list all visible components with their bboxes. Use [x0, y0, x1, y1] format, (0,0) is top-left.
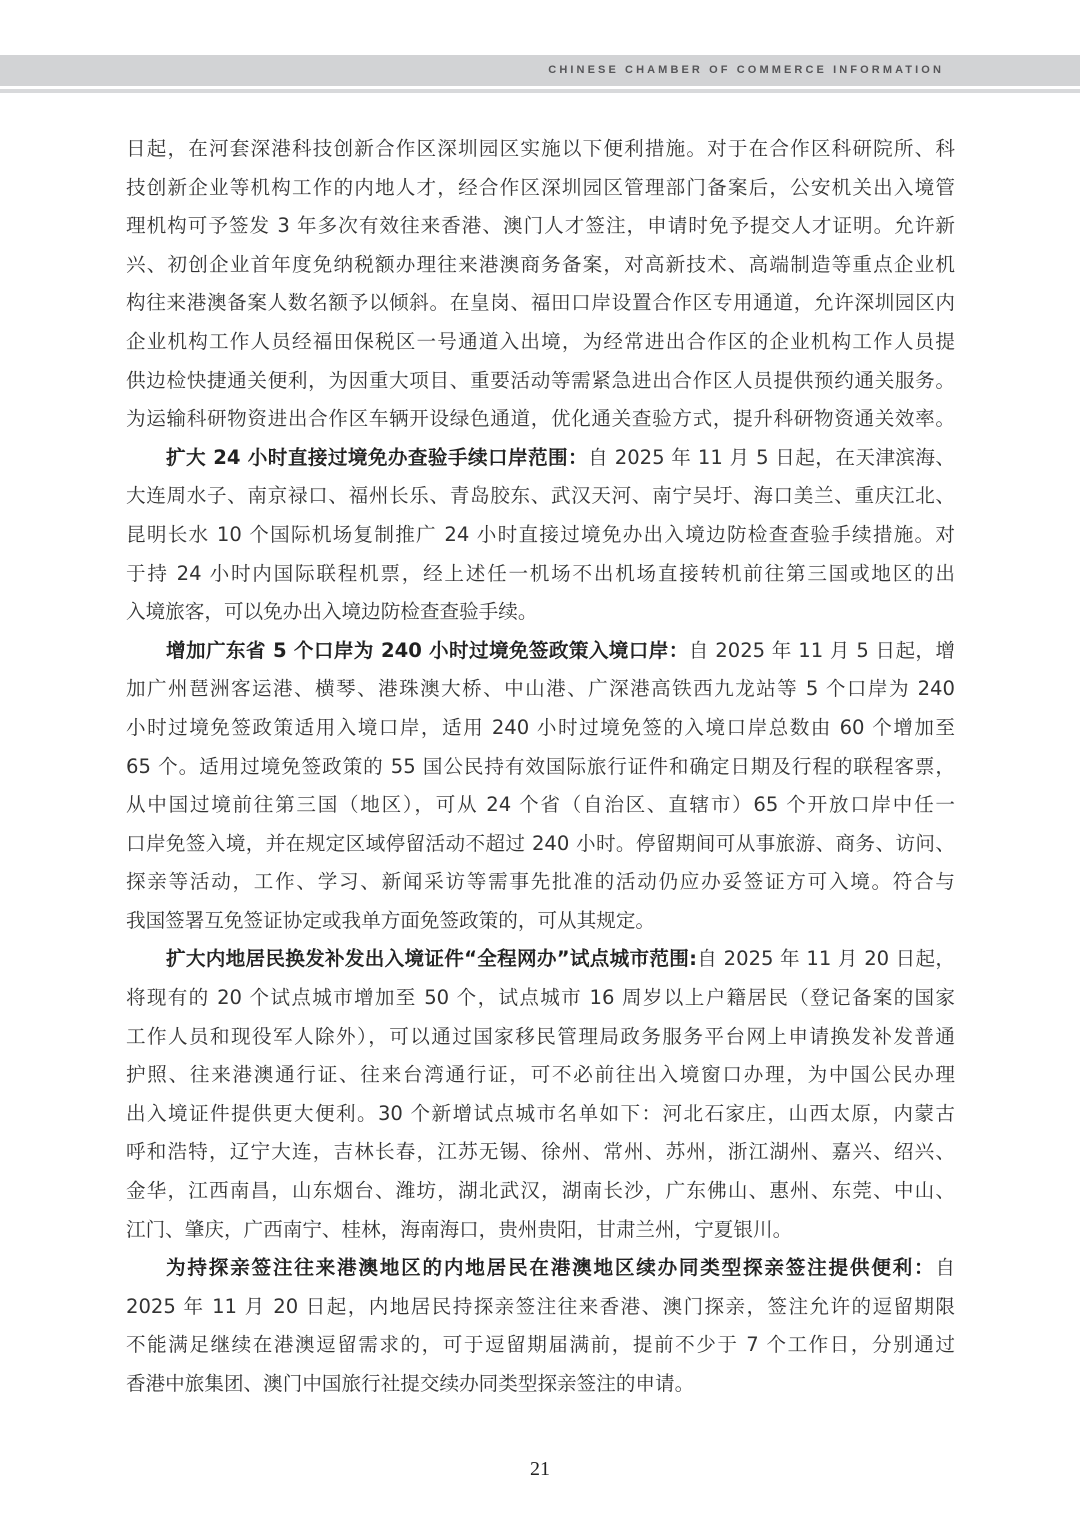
- paragraph-hetao-shenzhen-park: 日起，在河套深港科技创新合作区深圳园区实施以下便利措施。对于在合作区科研院所、科…: [126, 130, 955, 439]
- text-line: 扩大 24 小时直接过境免办查验手续口岸范围：自 2025 年 11 月 5 日…: [126, 439, 955, 478]
- text-line: 扩大内地居民换发补发出入境证件“全程网办”试点城市范围:自 2025 年 11 …: [126, 940, 955, 979]
- text-line: 口岸免签入境，并在规定区域停留活动不超过 240 小时。停留期间可从事旅游、商务…: [126, 825, 955, 864]
- text-line: 理机构可予签发 3 年多次有效往来香港、澳门人才签注，申请时免予提交人才证明。允…: [126, 207, 955, 246]
- paragraph-family-visit-endorsement: 为持探亲签注往来港澳地区的内地居民在港澳地区续办同类型探亲签注提供便利：自 20…: [126, 1249, 955, 1403]
- text-line: 不能满足继续在港澳逗留需求的，可于逗留期届满前，提前不少于 7 个工作日，分别通…: [126, 1326, 955, 1365]
- text-line: 日起，在河套深港科技创新合作区深圳园区实施以下便利措施。对于在合作区科研院所、科: [126, 130, 955, 169]
- text-line: 2025 年 11 月 20 日起，内地居民持探亲签注往来香港、澳门探亲，签注允…: [126, 1288, 955, 1327]
- text-line: 大连周水子、南京禄口、福州长乐、青岛胶东、武汉天河、南宁吴圩、海口美兰、重庆江北…: [126, 477, 955, 516]
- text-line: 昆明长水 10 个国际机场复制推广 24 小时直接过境免办出入境边防检查查验手续…: [126, 516, 955, 555]
- text-run: 自 2025 年 11 月 20 日起，: [697, 947, 955, 970]
- text-line: 出入境证件提供更大便利。30 个新增试点城市名单如下：河北石家庄，山西太原，内蒙…: [126, 1095, 955, 1134]
- text-line: 工作人员和现役军人除外），可以通过国家移民管理局政务服务平台网上申请换发补发普通: [126, 1018, 955, 1057]
- publication-title: CHINESE CHAMBER OF COMMERCE INFORMATION: [548, 64, 944, 76]
- paragraph-online-pilot-cities: 扩大内地居民换发补发出入境证件“全程网办”试点城市范围:自 2025 年 11 …: [126, 940, 955, 1249]
- text-line: 企业机构工作人员经福田保税区一号通道入出境，为经常进出合作区的企业机构工作人员提: [126, 323, 955, 362]
- text-line: 护照、往来港澳通行证、往来台湾通行证，可不必前往出入境窗口办理，为中国公民办理: [126, 1056, 955, 1095]
- text-line: 加广州琶洲客运港、横琴、港珠澳大桥、中山港、广深港高铁西九龙站等 5 个口岸为 …: [126, 670, 955, 709]
- paragraph-heading: 增加广东省 5 个口岸为 240 小时过境免签政策入境口岸：: [166, 639, 689, 662]
- text-line: 入境旅客，可以免办出入境边防检查查验手续。: [126, 593, 955, 632]
- text-line: 于持 24 小时内国际联程机票，经上述任一机场不出机场直接转机前往第三国或地区的…: [126, 555, 955, 594]
- text-line: 呼和浩特，辽宁大连，吉林长春，江苏无锡、徐州、常州、苏州，浙江湖州、嘉兴、绍兴、: [126, 1133, 955, 1172]
- paragraph-heading: 扩大 24 小时直接过境免办查验手续口岸范围：: [166, 446, 588, 469]
- text-line: 从中国过境前往第三国（地区），可从 24 个省（自治区、直辖市）65 个开放口岸…: [126, 786, 955, 825]
- text-line: 为运输科研物资进出合作区车辆开设绿色通道，优化通关查验方式，提升科研物资通关效率…: [126, 400, 955, 439]
- text-line: 金华，江西南昌，山东烟台、潍坊，湖北武汉，湖南长沙，广东佛山、惠州、东莞、中山、: [126, 1172, 955, 1211]
- page-number: 21: [0, 1458, 1080, 1481]
- text-run: 自 2025 年 11 月 5 日起，增: [689, 639, 955, 662]
- text-line: 小时过境免签政策适用入境口岸，适用 240 小时过境免签的入境口岸总数由 60 …: [126, 709, 955, 748]
- text-line: 香港中旅集团、澳门中国旅行社提交续办同类型探亲签注的申请。: [126, 1365, 955, 1404]
- paragraph-guangdong-240h: 增加广东省 5 个口岸为 240 小时过境免签政策入境口岸：自 2025 年 1…: [126, 632, 955, 941]
- text-line: 技创新企业等机构工作的内地人才，经合作区深圳园区管理部门备案后，公安机关出入境管: [126, 169, 955, 208]
- text-line: 江门、肇庆，广西南宁、桂林，海南海口，贵州贵阳，甘肃兰州，宁夏银川。: [126, 1211, 955, 1250]
- text-line: 65 个。适用过境免签政策的 55 国公民持有效国际旅行证件和确定日期及行程的联…: [126, 748, 955, 787]
- header-divider: [0, 89, 1080, 93]
- text-line: 兴、初创企业首年度免纳税额办理往来港澳商务备案，对高新技术、高端制造等重点企业机: [126, 246, 955, 285]
- text-line: 供边检快捷通关便利，为因重大项目、重要活动等需紧急进出合作区人员提供预约通关服务…: [126, 362, 955, 401]
- text-line: 为持探亲签注往来港澳地区的内地居民在港澳地区续办同类型探亲签注提供便利：自: [126, 1249, 955, 1288]
- text-line: 将现有的 20 个试点城市增加至 50 个，试点城市 16 周岁以上户籍居民（登…: [126, 979, 955, 1018]
- text-line: 增加广东省 5 个口岸为 240 小时过境免签政策入境口岸：自 2025 年 1…: [126, 632, 955, 671]
- text-line: 构往来港澳备案人数名额予以倾斜。在皇岗、福田口岸设置合作区专用通道，允许深圳园区…: [126, 284, 955, 323]
- article-body: 日起，在河套深港科技创新合作区深圳园区实施以下便利措施。对于在合作区科研院所、科…: [126, 130, 955, 1404]
- text-run: 自: [935, 1256, 955, 1279]
- text-line: 探亲等活动，工作、学习、新闻采访等需事先批准的活动仍应办妥签证方可入境。符合与: [126, 863, 955, 902]
- running-header: CHINESE CHAMBER OF COMMERCE INFORMATION: [0, 55, 1080, 86]
- paragraph-heading: 扩大内地居民换发补发出入境证件“全程网办”试点城市范围:: [166, 947, 697, 970]
- text-run: 自 2025 年 11 月 5 日起，在天津滨海、: [588, 446, 955, 469]
- text-line: 我国签署互免签证协定或我单方面免签政策的，可从其规定。: [126, 902, 955, 941]
- paragraph-heading: 为持探亲签注往来港澳地区的内地居民在港澳地区续办同类型探亲签注提供便利：: [166, 1256, 935, 1279]
- paragraph-24h-transit: 扩大 24 小时直接过境免办查验手续口岸范围：自 2025 年 11 月 5 日…: [126, 439, 955, 632]
